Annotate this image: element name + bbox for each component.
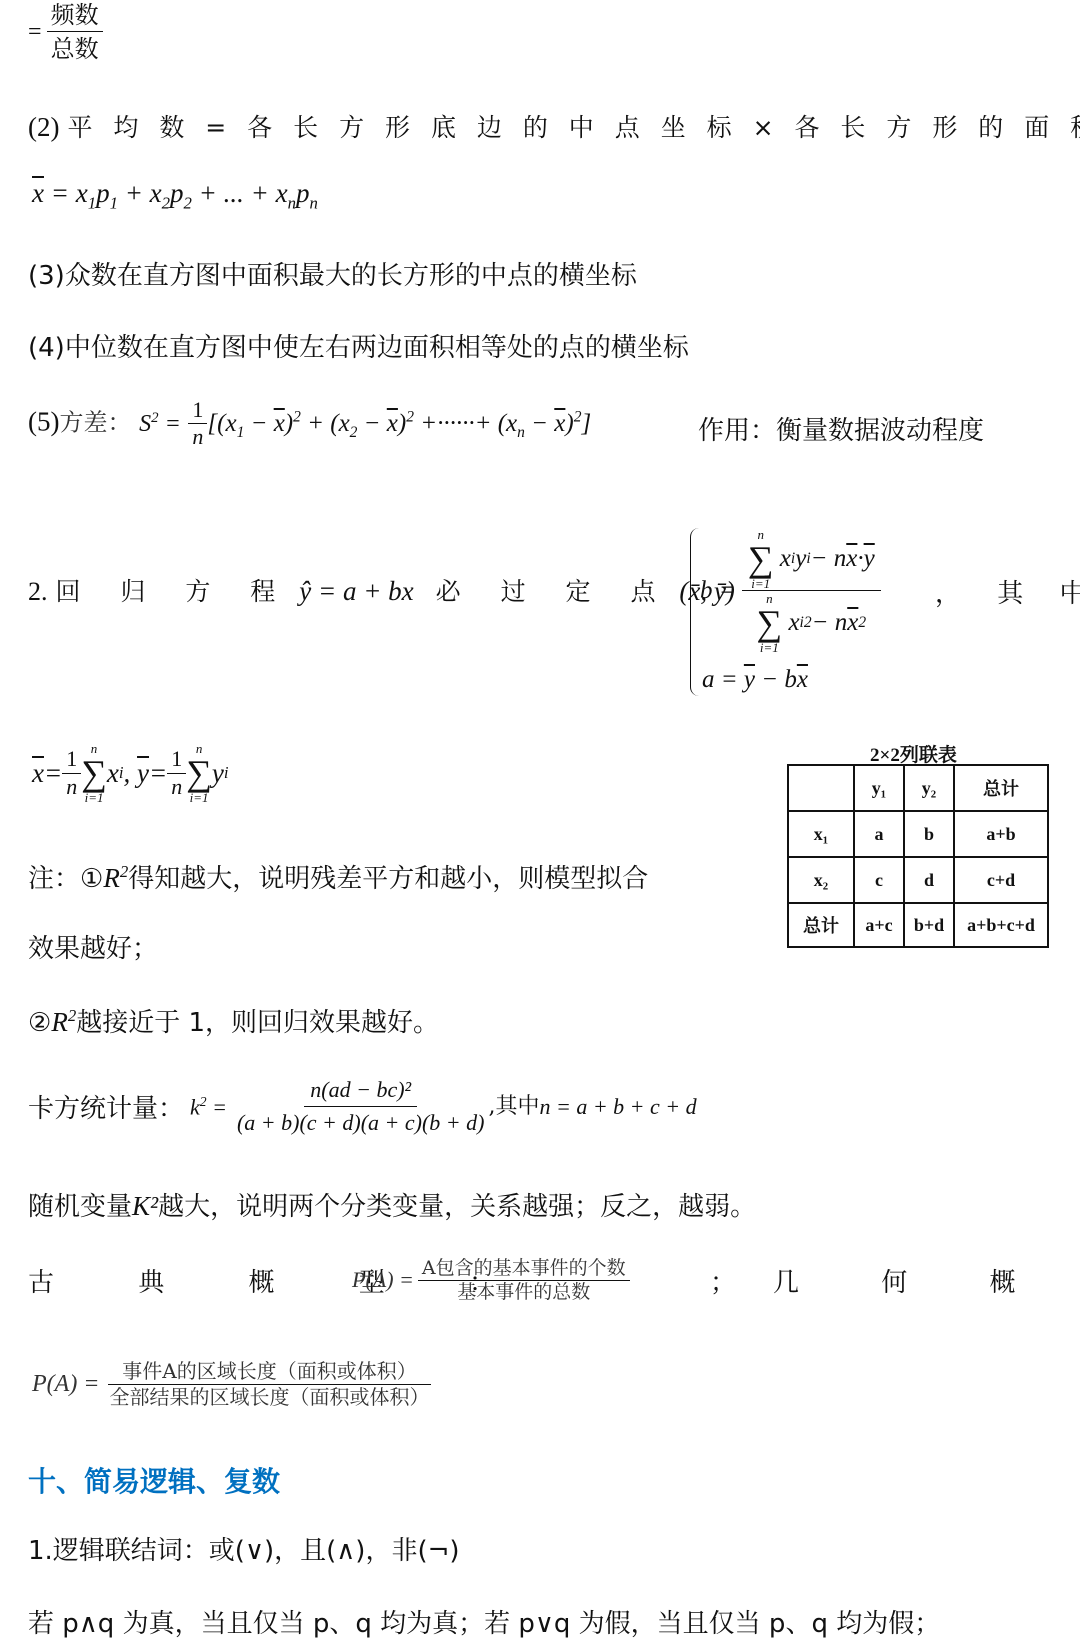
a-formula: a = y − bx [702, 666, 808, 694]
chi-square: 卡方统计量： k2 = n(ad − bc)² (a + b)(c + d)(a… [28, 1078, 697, 1135]
fraction-numerator: 频数 [47, 2, 103, 32]
table-total-row: 总计 a+c b+d a+b+c+d [788, 903, 1048, 947]
regression-definition: 2. 回 归 方 程 ŷ = a + bx 必 过 定 点 (x̄, ȳ) [28, 572, 735, 608]
note-1: 注：①R2得知越大，说明残差平方和越小，则模型拟合 [28, 858, 648, 895]
table-row: x₁ a b a+b [788, 811, 1048, 857]
mode-definition: (3)众数在直方图中面积最大的长方形的中点的横坐标 [28, 255, 637, 292]
mean-definition: (2) 平 均 数 = 各 长 方 形 底 边 的 中 点 坐 标 × 各 长 … [28, 108, 1080, 144]
fraction-denominator: 总数 [47, 32, 103, 62]
regression-equation: ŷ = a + bx [299, 576, 413, 606]
note-1-cont: 效果越好； [28, 928, 158, 965]
equals-sign: = [28, 19, 42, 45]
contingency-table: y₁ y₂ 总计 x₁ a b a+b x₂ c d c+d 总计 a+c b+… [787, 764, 1049, 948]
b-formula: b = n∑i=1 xiyi − nx · y n∑i=1 xi2 − nx2 [700, 528, 881, 654]
table-header-row: y₁ y₂ 总计 [788, 765, 1048, 811]
mean-text: 平 均 数 = 各 长 方 形 底 边 的 中 点 坐 标 × 各 长 方 形 … [67, 113, 1080, 142]
frequency-formula: = 频数 总数 [28, 2, 103, 63]
median-definition: (4)中位数在直方图中使左右两边面积相等处的点的横坐标 [28, 327, 689, 364]
classical-probability-formula: P(A) = A包含的基本事件的个数基本事件的总数 [352, 1258, 630, 1303]
regression-tail: ， 其 中 [935, 573, 1080, 610]
table-row: x₂ c d c+d [788, 857, 1048, 903]
item-number: (2) [28, 112, 59, 142]
random-variable-note: 随机变量K²越大，说明两个分类变量，关系越强；反之，越弱。 [28, 1186, 756, 1223]
geometric-probability-label: 几 何 概 型 ： [773, 1262, 1080, 1299]
truth-rule: 若 p∧q 为真，当且仅当 p、q 均为真；若 p∨q 为假，当且仅当 p、q … [28, 1603, 940, 1638]
brace [690, 528, 699, 696]
note-2: ②R2越接近于 1，则回归效果越好。 [28, 1002, 439, 1039]
contingency-table-title: 2×2列联表 [870, 740, 957, 767]
means-formula: x=1n n∑i=1xi, y=1n n∑i=1yi [32, 742, 229, 804]
section-heading: 十、简易逻辑、复数 [28, 1460, 280, 1500]
variance-definition: (5)方差： S2 = 1n[(x1 − x)2 + (x2 − x)2 +··… [28, 398, 591, 449]
variance-purpose: 作用：衡量数据波动程度 [698, 410, 984, 447]
logical-connectives: 1.逻辑联结词：或(∨)，且(∧)，非(¬) [28, 1530, 460, 1567]
variance-label: 方差： [59, 409, 131, 437]
mean-formula: x = x1p1 + x2p2 + ... + xnpn [32, 178, 318, 213]
geometric-probability-formula: P(A) = 事件A的区域长度（面积或体积）全部结果的区域长度（面积或体积） [32, 1360, 434, 1408]
semicolon: ； [710, 1262, 736, 1299]
